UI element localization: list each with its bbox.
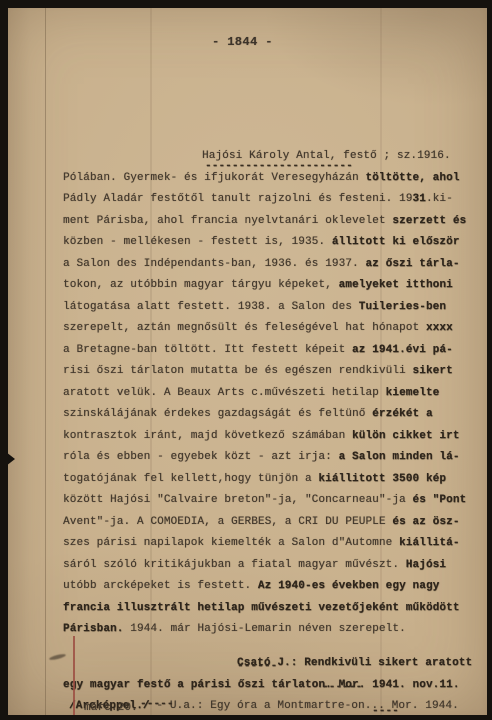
text-line: togatójának fel kellett,hogy tünjön a ki… [63, 469, 475, 491]
text-line: aratott velük. A Beaux Arts c.művészeti … [63, 383, 475, 405]
text-line: között Hajósi "Calvaire breton"-ja, "Con… [63, 490, 475, 512]
text-line: tokon, az utóbbin magyar tárgyu képeket,… [63, 275, 475, 297]
text-line: Pádly Aladár festőtől tanult rajzolni és… [63, 189, 475, 211]
typed-text: Hajósi Károly Antal, festő ; sz.1916. Pó… [63, 146, 475, 718]
ua-underline: ----- [140, 700, 174, 709]
text-line: a Bretagne-ban töltött. Itt festett képe… [63, 340, 475, 362]
text-line: róla és ebben - egyebek közt - azt irja:… [63, 447, 475, 469]
text-line: ment Párisba, ahol francia nyelvtanári o… [63, 211, 475, 233]
text-line: kontrasztok iránt, majd következő számáb… [63, 426, 475, 448]
text-line: utóbb arcképeket is festett. Az 1940-es … [63, 576, 475, 598]
red-margin-line [73, 636, 75, 720]
fold-line [45, 0, 46, 720]
text-line: látogatása alatt festett. 1938. a Salon … [63, 297, 475, 319]
scan-border-right [487, 0, 492, 720]
text-line: szerepelt, aztán megnősült és feleségéve… [63, 318, 475, 340]
text-line: szes párisi napilapok kiemelték a Salon … [63, 533, 475, 555]
edge-notch [6, 452, 15, 466]
scan-border-top [0, 0, 492, 8]
mor-underline-1: ------ [322, 683, 362, 692]
scanned-page: - 1844 - Hajósi Károly Antal, festő ; sz… [0, 0, 492, 720]
text-line: Avent"-ja. A COMOEDIA, a GERBES, a CRI D… [63, 512, 475, 534]
scan-border-left [0, 0, 8, 720]
entry-body: Pólában. Gyermek- és ifjukorát Veresegyh… [63, 168, 475, 641]
text-line: közben - mellékesen - festett is, 1935. … [63, 232, 475, 254]
paragraph-gap [63, 641, 475, 654]
text-line: risi őszi tárlaton mutatta be és egészen… [63, 361, 475, 383]
bib-date-note: márc.20. [84, 702, 138, 714]
text-line: a Salon des Indépendants-ban, 1936. és 1… [63, 254, 475, 276]
page-number: - 1844 - [212, 35, 273, 49]
text-line: francia illusztrált hetilap művészeti ve… [63, 598, 475, 620]
heading-underline: ---------------------- [205, 162, 353, 171]
csato-underline: ------ [237, 662, 277, 671]
text-line: egy magyar festő a párisi őszi tárlaton.… [63, 675, 475, 697]
scan-border-bottom [0, 715, 492, 720]
text-line: sáról szóló kritikájukban a fiatal magya… [63, 555, 475, 577]
text-line: Párisban. 1944. már Hajósi-Lemarin néven… [63, 619, 475, 641]
text-line: szinskálájának érdekes gazdagságát és fe… [63, 404, 475, 426]
